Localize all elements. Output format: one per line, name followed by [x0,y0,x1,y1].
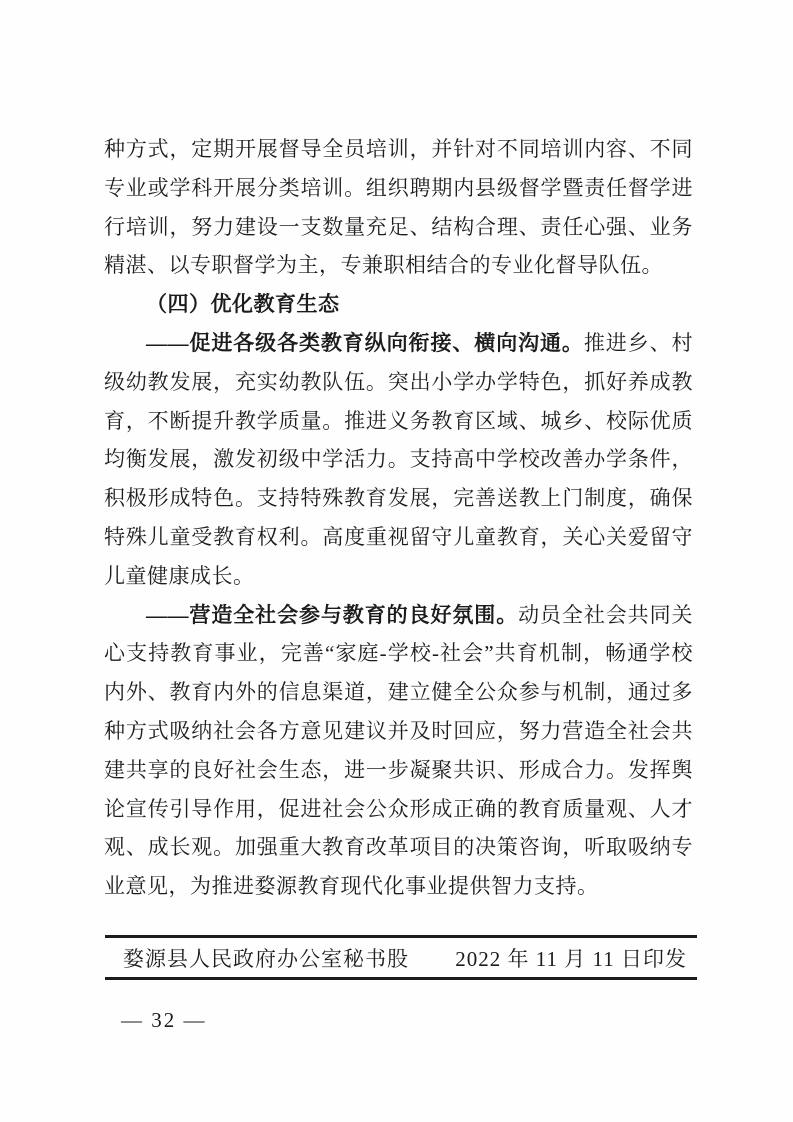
colophon-rule-bottom [105,977,697,980]
print-date: 2022 年 11 月 11 日印发 [455,943,697,973]
colophon: 婺源县人民政府办公室秘书股 2022 年 11 月 11 日印发 [105,940,697,976]
paragraph-continuation: 种方式，定期开展督导全员培训，并针对不同培训内容、不同专业或学科开展分类培训。组… [104,130,693,285]
paragraph-dash-1: ——促进各级各类教育纵向衔接、横向沟通。推进乡、村级幼教发展，充实幼教队伍。突出… [104,324,693,596]
document-body: 种方式，定期开展督导全员培训，并针对不同培训内容、不同专业或学科开展分类培训。组… [104,130,693,906]
paragraph-lead: ——促进各级各类教育纵向衔接、横向沟通。 [146,331,584,355]
colophon-rule-top [105,935,697,938]
section-heading: （四）优化教育生态 [104,285,693,324]
paragraph-lead: ——营造全社会参与教育的良好氛围。 [146,603,518,627]
paragraph-dash-2: ——营造全社会参与教育的良好氛围。动员全社会共同关心支持教育事业，完善“家庭-学… [104,596,693,906]
page-number: — 32 — [121,1008,207,1033]
document-page: 种方式，定期开展督导全员培训，并针对不同培训内容、不同专业或学科开展分类培训。组… [0,0,793,1122]
issuing-office: 婺源县人民政府办公室秘书股 [105,943,409,973]
paragraph-text: 推进乡、村级幼教发展，充实幼教队伍。突出小学办学特色，抓好养成教育，不断提升教学… [104,331,693,588]
paragraph-text: 动员全社会共同关心支持教育事业，完善“家庭-学校-社会”共育机制，畅通学校内外、… [104,603,693,899]
